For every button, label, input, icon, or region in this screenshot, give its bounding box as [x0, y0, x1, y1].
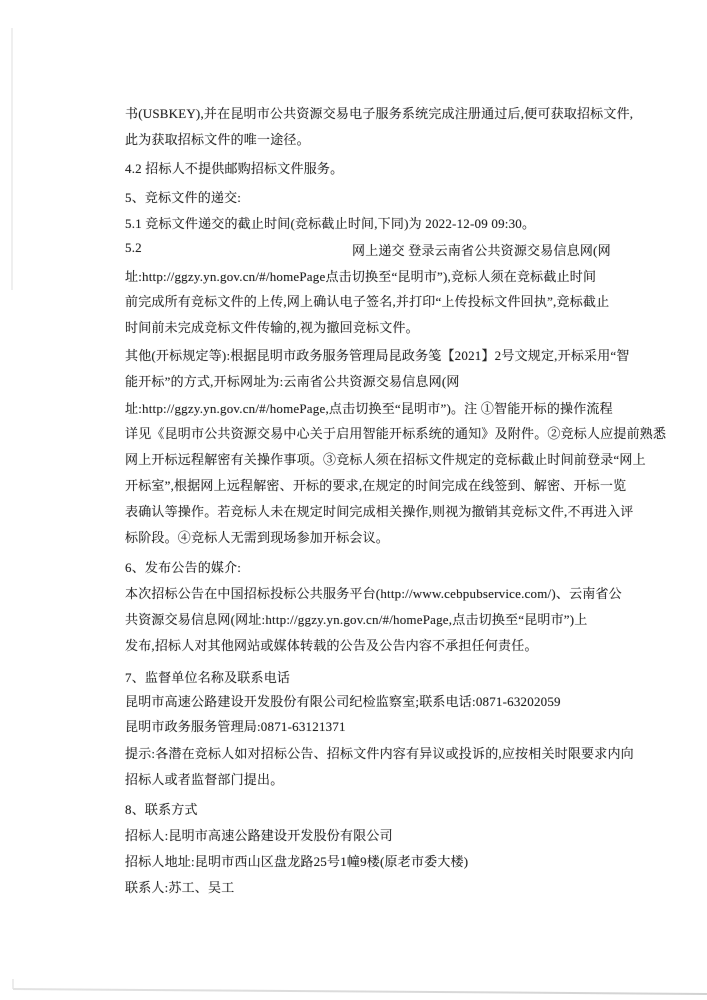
doc-line: 提示:各潜在竞标人如对招标公告、招标文件内容有异议或投诉的,应按相关时限要求内向 [125, 743, 607, 763]
doc-line: 共资源交易信息网(网址:http://ggzy.yn.gov.cn/#/home… [125, 609, 607, 629]
doc-line: 前完成所有竞标文件的上传,网上确认电子签名,并打印“上传投标文件回执”,竞标截止 [125, 291, 607, 311]
doc-line: 发布,招标人对其他网站或媒体转载的公告及公告内容不承担任何责任。 [125, 635, 607, 655]
doc-line: 能开标”的方式,开标网址为:云南省公共资源交易信息网(网 [125, 371, 607, 391]
section-8-heading: 8、联系方式 [125, 799, 607, 819]
doc-line: 网上开标远程解密有关操作事项。③竞标人须在招标文件规定的竞标截止时间前登录“网上 [125, 449, 607, 469]
section-6-heading: 6、发布公告的媒介: [125, 557, 607, 577]
doc-line: 址:http://ggzy.yn.gov.cn/#/homePage,点击切换至… [125, 398, 607, 418]
scan-edge-left [11, 28, 13, 290]
doc-line: 招标人:昆明市高速公路建设开发股份有限公司 [125, 825, 607, 845]
section-5-heading: 5、竞标文件的递交: [125, 187, 607, 207]
scan-edge-bottom [13, 988, 707, 995]
doc-line: 表确认等操作。若竞标人未在规定时间完成相关操作,则视为撤销其竞标文件,不再进入评 [125, 501, 607, 521]
clause-number: 5.2 [125, 240, 142, 255]
doc-line: 标阶段。④竞标人无需到现场参加开标会议。 [125, 527, 607, 547]
doc-line: 招标人或者监督部门提出。 [125, 769, 607, 789]
doc-line: 5.1 竞标文件递交的截止时间(竞标截止时间,下同)为 2022-12-09 0… [125, 213, 607, 233]
doc-line: 开标室”,根据网上远程解密、开标的要求,在规定的时间完成在线签到、解密、开标一览 [125, 475, 607, 495]
doc-line: 4.2 招标人不提供邮购招标文件服务。 [125, 158, 607, 178]
doc-line: 昆明市高速公路建设开发股份有限公司纪检监察室;联系电话:0871-6320205… [125, 691, 607, 711]
doc-line: 招标人地址:昆明市西山区盘龙路25号1幢9楼(原老市委大楼) [125, 851, 607, 871]
doc-line: 其他(开标规定等):根据昆明市政务服务管理局昆政务笺【2021】2号文规定,开标… [125, 345, 607, 365]
doc-line: 联系人:苏工、吴工 [125, 877, 607, 897]
doc-line: 详见《昆明市公共资源交易中心关于启用智能开标系统的通知》及附件。②竞标人应提前熟… [125, 423, 607, 443]
doc-line: 时间前未完成竞标文件传输的,视为撤回竞标文件。 [125, 317, 607, 337]
doc-line: 此为获取招标文件的唯一途径。 [125, 129, 607, 149]
scanned-page: 书(USBKEY),并在昆明市公共资源交易电子服务系统完成注册通过后,便可获取招… [0, 0, 707, 1000]
doc-line: 本次招标公告在中国招标投标公共服务平台(http://www.cebpubser… [125, 583, 607, 603]
doc-line: 址:http://ggzy.yn.gov.cn/#/homePage点击切换至“… [125, 266, 607, 286]
doc-line: 书(USBKEY),并在昆明市公共资源交易电子服务系统完成注册通过后,便可获取招… [125, 103, 607, 123]
doc-line: 昆明市政务服务管理局:0871-63121371 [125, 716, 607, 736]
doc-line-5-2: 5.2 网上递交 登录云南省公共资源交易信息网(网 [125, 240, 607, 260]
clause-text: 网上递交 登录云南省公共资源交易信息网(网 [352, 240, 611, 259]
section-7-heading: 7、监督单位名称及联系电话 [125, 667, 607, 687]
